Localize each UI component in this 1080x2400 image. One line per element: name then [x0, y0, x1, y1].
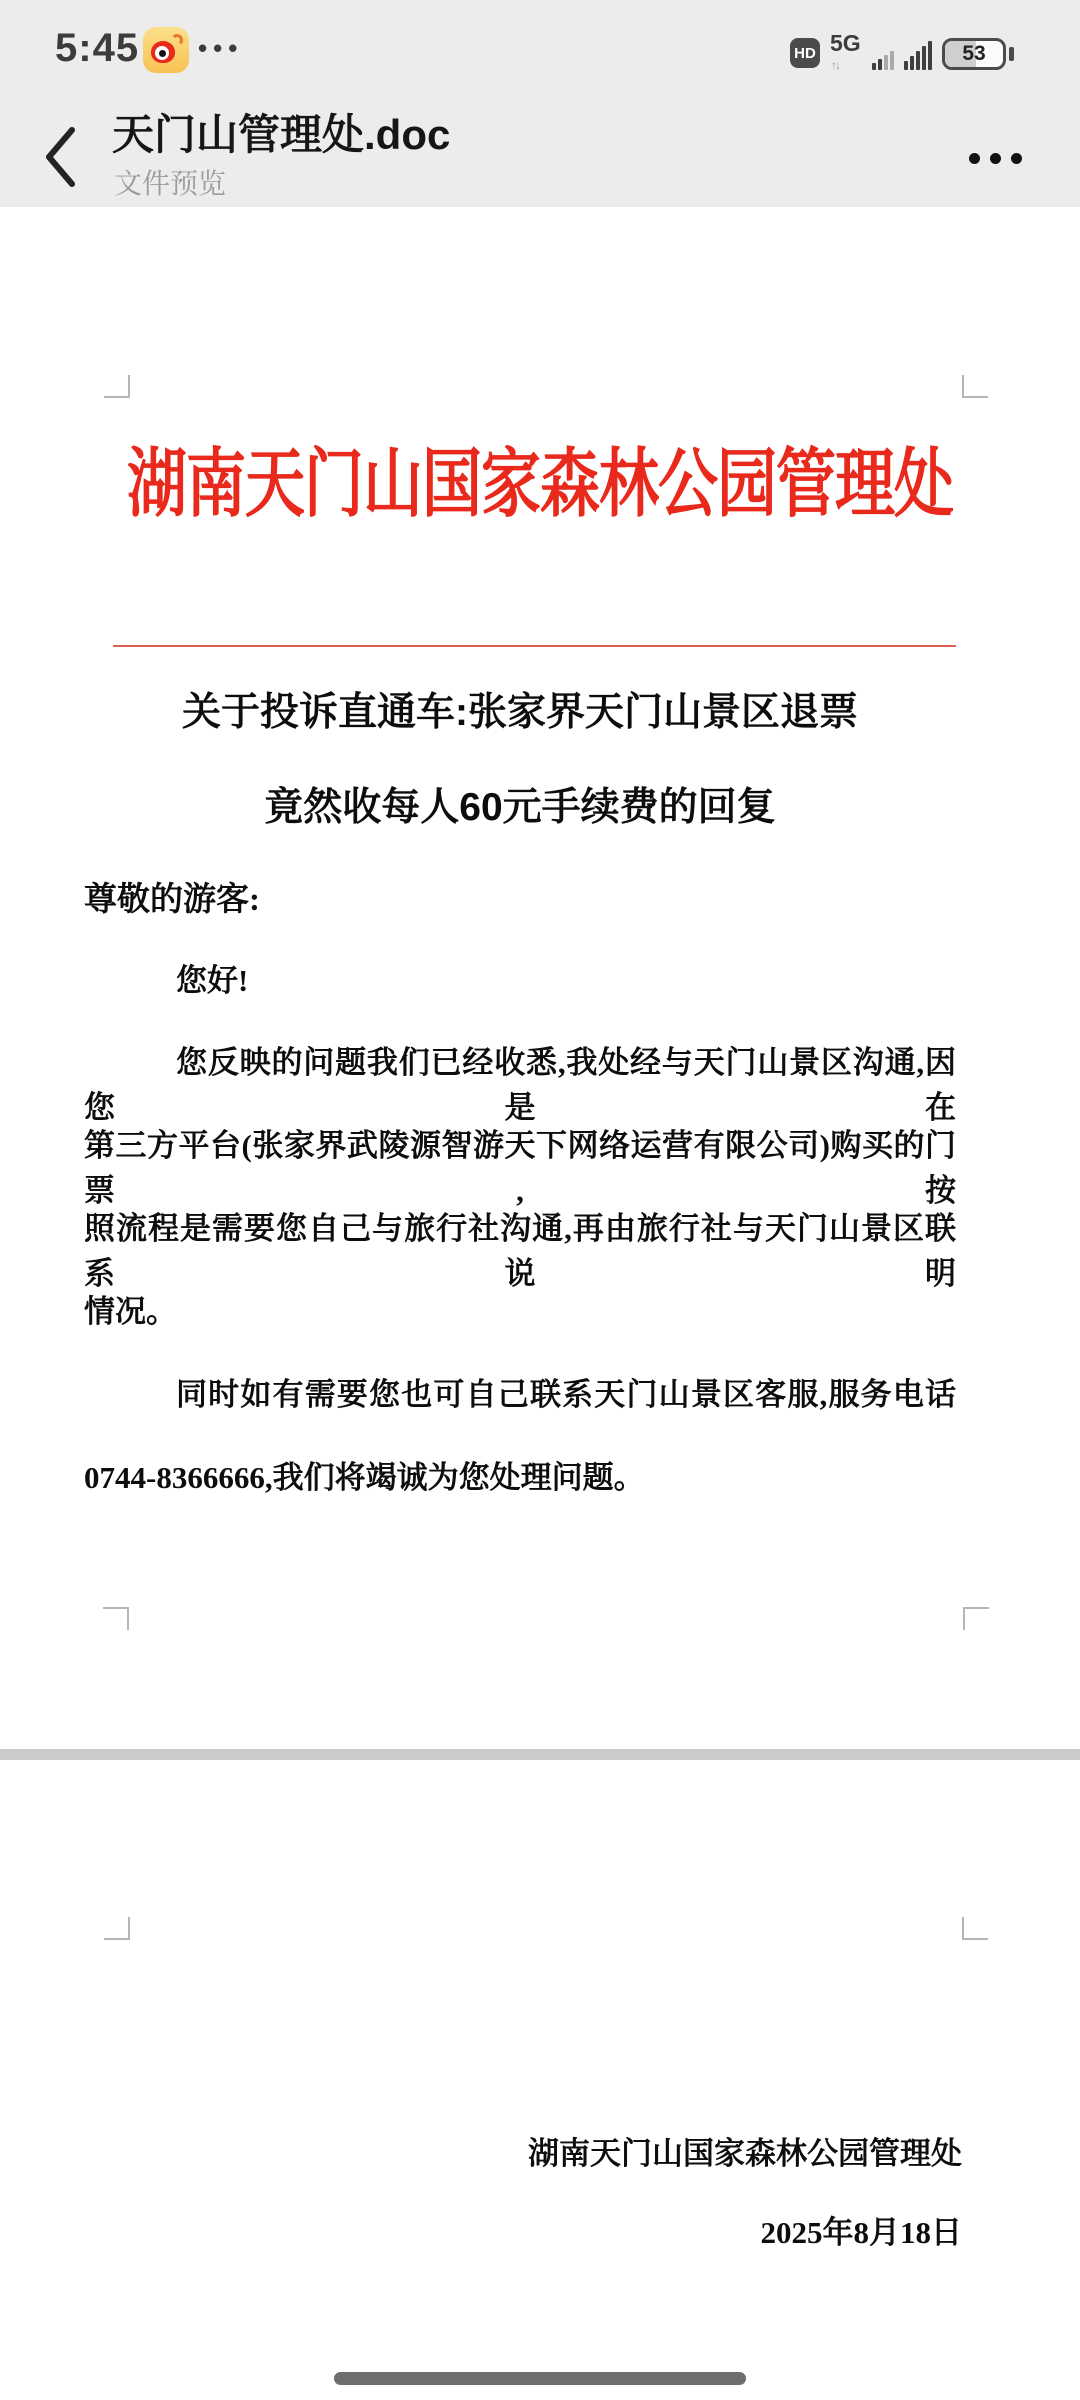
body-line: 第三方平台(张家界武陵源智游天下网络运营有限公司)购买的门票,按: [84, 1120, 956, 1210]
signal-bar: [922, 46, 926, 70]
battery-nub: [1009, 47, 1014, 61]
page1-bottom-left-corner-mark: [103, 1607, 129, 1630]
signal-bar: [890, 51, 894, 70]
body-line: 情况。: [84, 1286, 956, 1331]
top-chrome: 5:45 ••• HD 5G ↑↓: [0, 0, 1080, 207]
battery-percent: 53: [945, 41, 1003, 67]
page2-top-right-corner-mark: [962, 1917, 988, 1940]
screen: 5:45 ••• HD 5G ↑↓: [0, 0, 1080, 2400]
body-line: 0744-8366666,我们将竭诚为您处理问题。: [84, 1452, 956, 1497]
page2-top-left-corner-mark: [104, 1917, 130, 1940]
status-bar: 5:45 ••• HD 5G ↑↓: [0, 0, 1080, 100]
signature-date: 2025年8月18日: [84, 2207, 962, 2252]
letterhead-title: 湖南天门山国家森林公园管理处: [0, 424, 1080, 532]
page1-top-right-corner-mark: [962, 375, 988, 398]
back-chevron-icon: [43, 126, 77, 188]
menu-dot: [969, 153, 980, 164]
doc-title-line1: 关于投诉直通车:张家界天门山景区退票: [84, 681, 956, 737]
more-notifications-icon: •••: [198, 33, 243, 64]
hd-voice-icon: HD: [790, 38, 820, 68]
document-preview[interactable]: 湖南天门山国家森林公园管理处 关于投诉直通车:张家界天门山景区退票 竟然收每人6…: [0, 207, 1080, 2400]
sim1-network: 5G ↑↓: [830, 34, 868, 70]
signal-bar: [928, 41, 932, 70]
signal-bar: [916, 51, 920, 70]
battery-icon: 53: [942, 38, 1006, 70]
weibo-signal-arc: [171, 34, 183, 46]
status-icons: HD 5G ↑↓: [790, 30, 1014, 70]
weibo-notification-icon: [143, 27, 189, 73]
sim1-signal-icon: [872, 51, 894, 70]
sim2-signal-icon: [904, 41, 932, 70]
network-type-label: 5G: [830, 30, 861, 57]
page1-top-left-corner-mark: [104, 375, 130, 398]
salutation: 尊敬的游客:: [84, 873, 956, 920]
body-line: 同时如有需要您也可自己联系天门山景区客服,服务电话: [84, 1369, 956, 1414]
page1-bottom-right-corner-mark: [963, 1607, 989, 1630]
signature: 湖南天门山国家森林公园管理处: [84, 2128, 962, 2173]
body-line: 照流程是需要您自己与旅行社沟通,再由旅行社与天门山景区联系说明: [84, 1203, 956, 1293]
menu-dot: [1011, 153, 1022, 164]
home-indicator-bar[interactable]: [334, 2372, 746, 2385]
nav-bar: 天门山管理处.doc 文件预览: [0, 100, 1080, 207]
letterhead-rule: [113, 645, 956, 647]
file-subtitle: 文件预览: [114, 162, 226, 202]
back-button[interactable]: [30, 122, 90, 192]
file-title: 天门山管理处.doc: [112, 102, 450, 162]
signal-bar: [878, 59, 882, 70]
clock: 5:45: [55, 26, 139, 71]
body-line: 您反映的问题我们已经收悉,我处经与天门山景区沟通,因您是在: [84, 1037, 956, 1127]
more-menu-button[interactable]: [960, 140, 1030, 176]
greeting: 您好!: [176, 955, 956, 1000]
signal-bar: [904, 61, 908, 70]
signal-bar: [910, 56, 914, 70]
doc-title-line2: 竟然收每人60元手续费的回复: [84, 776, 956, 832]
signal-bar: [884, 55, 888, 70]
weibo-eye-white: [155, 46, 169, 60]
page-break-divider: [0, 1749, 1080, 1760]
data-activity-arrows-icon: ↑↓: [831, 58, 839, 72]
weibo-eye-pupil: [159, 50, 166, 57]
signal-bar: [872, 63, 876, 70]
menu-dot: [990, 153, 1001, 164]
weibo-eye-icon: [151, 41, 175, 63]
